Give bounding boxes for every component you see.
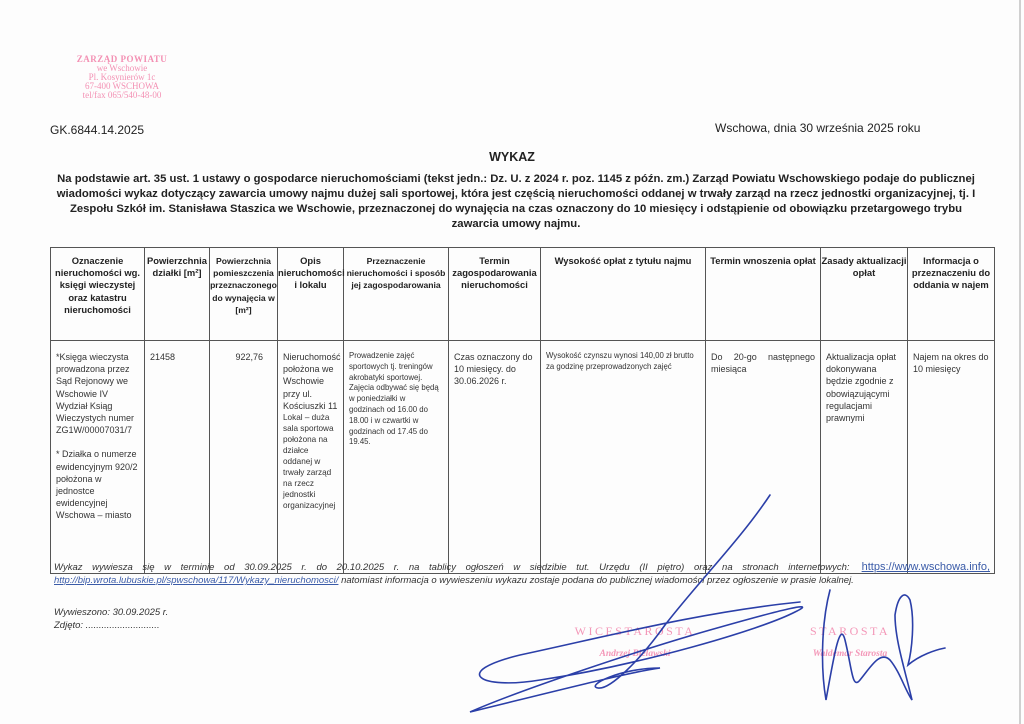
column-header: Oznaczenie nieruchomości wg. księgi wiec…	[51, 248, 145, 341]
footer-line-1: Wykazwywieszasięwterminieod30.09.2025r.d…	[54, 561, 990, 574]
footer-word: w	[513, 561, 520, 574]
footer-word: w	[164, 561, 171, 574]
website-link[interactable]: https://www.wschowa.info,	[862, 561, 990, 574]
purpose-activity: Prowadzenie zajęć sportowych tj. trening…	[349, 351, 443, 383]
footer-line-2: http://bip.wrota.lubuskie.pl/spwschowa/1…	[54, 574, 990, 587]
cell-purpose: Prowadzenie zajęć sportowych tj. trening…	[344, 341, 449, 574]
footer-word: się	[142, 561, 154, 574]
column-header: Powierzchnia działki [m²]	[145, 248, 210, 341]
column-header: Termin zagospodarowania nieruchomości	[449, 248, 541, 341]
description-premises: Lokal – duża sala sportowa położona na d…	[283, 412, 338, 511]
footer-word: tut.	[576, 561, 589, 574]
bip-link[interactable]: http://bip.wrota.lubuskie.pl/spwschowa/1…	[54, 575, 338, 586]
property-table: Oznaczenie nieruchomości wg. księgi wiec…	[50, 247, 995, 574]
footer-word: terminie	[181, 561, 215, 574]
footer-word: 20.10.2025	[337, 561, 385, 574]
table-header-row: Oznaczenie nieruchomości wg. księgi wiec…	[51, 248, 995, 341]
footer-word: piętro)	[657, 561, 684, 574]
parcel-text: * Działka o numerze ewidencyjnym 920/2 p…	[56, 448, 139, 521]
footer-word: na	[409, 561, 420, 574]
column-header: Opis nieruchomości i lokalu	[278, 248, 344, 341]
cell-payment-deadline: Do 20-go następnego miesiąca	[706, 341, 821, 574]
cell-plot-area: 21458	[145, 341, 210, 574]
column-header: Informacja o przeznaczeniu do oddania w …	[908, 248, 995, 341]
footer-word: Urzędu	[599, 561, 630, 574]
starost-stamp: STAROSTA Waldemar Starosta	[790, 624, 910, 659]
signatory-name: Andrzej Bielawski	[565, 649, 705, 659]
office-stamp: ZARZĄD POWIATU we Wschowie Pl. Kosynieró…	[52, 55, 192, 100]
purpose-schedule: Zajęcia odbywać się będą w poniedziałki …	[349, 383, 443, 448]
stamp-line: tel/fax 065/540-48-00	[52, 91, 192, 100]
cell-land-register: *Księga wieczysta prowadzona przez Sąd R…	[51, 341, 145, 574]
posted-date: Wywieszono: 30.09.2025 r.	[54, 606, 168, 619]
cell-fee: Wysokość czynszu wynosi 140,00 zł brutto…	[541, 341, 706, 574]
footer-word: r.	[301, 561, 306, 574]
footer-word: (II	[639, 561, 647, 574]
description-location: Nieruchomość położona we Wschowie przy u…	[283, 351, 338, 412]
signatory-role: WICESTAROSTA	[565, 624, 705, 639]
cell-update-rules: Aktualizacja opłat dokonywana będzie zgo…	[821, 341, 908, 574]
footer-word: Wykaz	[54, 561, 83, 574]
scan-edge	[1019, 0, 1021, 724]
footer-word: od	[224, 561, 235, 574]
footer-word: tablicy	[429, 561, 456, 574]
table-row: *Księga wieczysta prowadzona przez Sąd R…	[51, 341, 995, 574]
footer-word: wywiesza	[92, 561, 133, 574]
footer-posting-text: Wykazwywieszasięwterminieod30.09.2025r.d…	[54, 561, 850, 574]
signatory-role: STAROSTA	[790, 624, 910, 639]
column-header: Powierzchnia pomieszczenia przeznaczoneg…	[210, 248, 278, 341]
footer-word: siedzibie	[530, 561, 567, 574]
footer-word: na	[722, 561, 733, 574]
cell-term: Czas oznaczony do 10 miesięcy. do 30.06.…	[449, 341, 541, 574]
footer-press-text: natomiast informacja o wywieszeniu wykaz…	[338, 575, 853, 586]
column-header: Termin wnoszenia opłat	[706, 248, 821, 341]
column-header: Wysokość opłat z tytułu najmu	[541, 248, 706, 341]
footer-word: do	[316, 561, 327, 574]
land-register-text: *Księga wieczysta prowadzona przez Sąd R…	[56, 351, 139, 436]
cell-description: Nieruchomość położona we Wschowie przy u…	[278, 341, 344, 574]
footer-word: ogłoszeń	[466, 561, 504, 574]
reference-number: GK.6844.14.2025	[50, 123, 144, 137]
intro-paragraph: Na podstawie art. 35 ust. 1 ustawy o gos…	[46, 172, 986, 232]
footer-word: stronach	[742, 561, 778, 574]
vice-starost-stamp: WICESTAROSTA Andrzej Bielawski	[565, 624, 705, 659]
footer-notice: Wykazwywieszasięwterminieod30.09.2025r.d…	[54, 561, 990, 587]
footer-word: internetowych:	[788, 561, 849, 574]
place-date: Wschowa, dnia 30 września 2025 roku	[715, 121, 920, 135]
cell-room-area: 922,76	[210, 341, 278, 574]
signatory-name: Waldemar Starosta	[790, 649, 910, 659]
column-header: Przeznaczenie nieruchomości i sposób jej…	[344, 248, 449, 341]
document-title: WYKAZ	[0, 150, 1024, 164]
cell-rental-info: Najem na okres do 10 miesięcy	[908, 341, 995, 574]
footer-word: r.	[394, 561, 399, 574]
removed-date: Zdjęto: ............................	[54, 619, 168, 632]
posting-record: Wywieszono: 30.09.2025 r. Zdjęto: ......…	[54, 606, 168, 632]
footer-word: 30.09.2025	[244, 561, 292, 574]
column-header: Zasady aktualizacji opłat	[821, 248, 908, 341]
footer-word: oraz	[694, 561, 712, 574]
